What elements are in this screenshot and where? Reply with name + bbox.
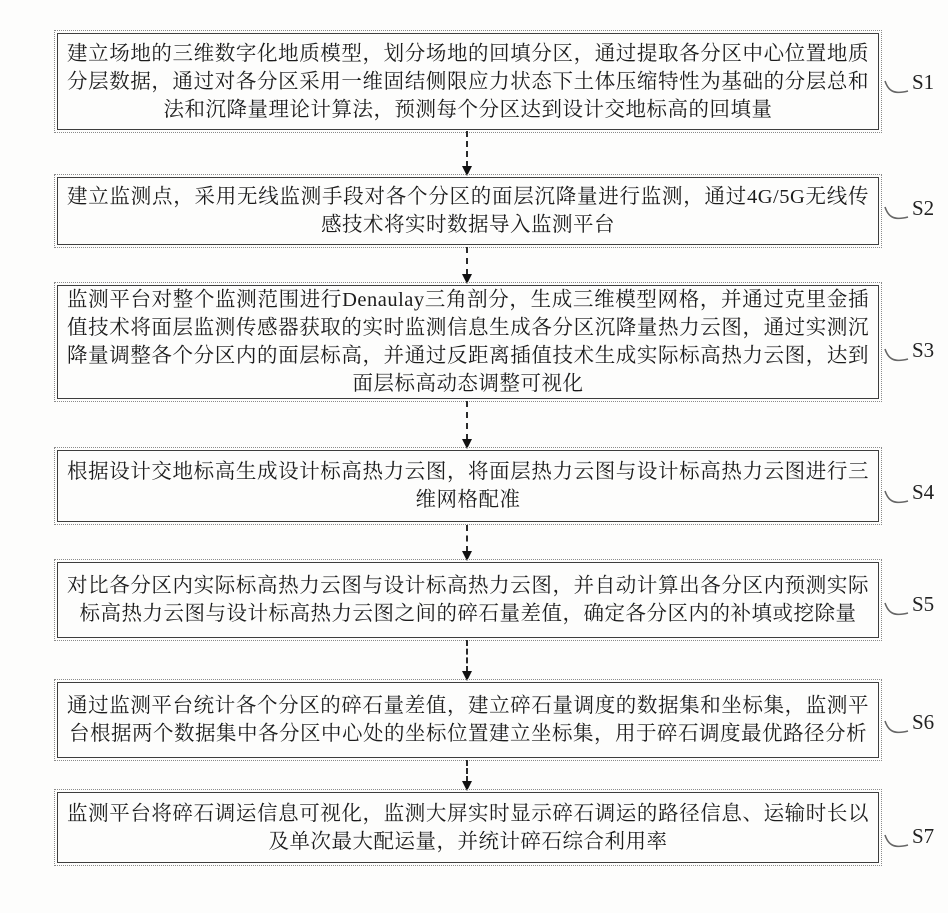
patent-flowchart-figure: 建立场地的三维数字化地质模型，划分场地的回填分区，通过提取各分区中心位置地质分层… — [0, 0, 948, 913]
step-label-s5: S5 — [884, 592, 934, 624]
flow-step-box-s7: 监测平台将碎石调运信息可视化，监测大屏实时显示碎石调运的路径信息、运输时长以及单… — [57, 792, 879, 863]
flow-step-box-s2: 建立监测点，采用无线监测手段对各个分区的面层沉降量进行监测，通过4G/5G无线传… — [57, 177, 879, 245]
step-label-s2: S2 — [884, 196, 934, 228]
flow-step-box-s4: 根据设计交地标高生成设计标高热力云图，将面层热力云图与设计标高热力云图进行三维网… — [57, 450, 879, 522]
step-label-s4: S4 — [884, 480, 934, 512]
step-label-text: S6 — [912, 710, 934, 734]
step-label-text: S4 — [912, 480, 934, 504]
flow-step-text-s5: 对比各分区内实际标高热力云图与设计标高热力云图，并自动计算出各分区内预测实际标高… — [67, 572, 869, 628]
flow-step-box-s6: 通过监测平台统计各个分区的碎石量差值，建立碎石量调度的数据集和坐标集，监测平台根… — [57, 682, 879, 758]
leader-squiggle-icon — [884, 602, 910, 624]
down-arrow-icon — [466, 525, 468, 552]
leader-squiggle-icon — [884, 490, 910, 512]
step-label-s1: S1 — [884, 70, 934, 102]
down-arrow-icon — [466, 640, 468, 672]
step-label-text: S7 — [912, 824, 934, 848]
step-label-text: S2 — [912, 196, 934, 220]
step-label-s3: S3 — [884, 338, 934, 370]
flow-step-text-s1: 建立场地的三维数字化地质模型，划分场地的回填分区，通过提取各分区中心位置地质分层… — [67, 40, 869, 124]
step-label-text: S1 — [912, 70, 934, 94]
flow-step-box-s1: 建立场地的三维数字化地质模型，划分场地的回填分区，通过提取各分区中心位置地质分层… — [57, 33, 879, 130]
down-arrow-icon — [466, 401, 468, 440]
down-arrow-icon — [466, 247, 468, 275]
down-arrow-icon — [466, 131, 468, 167]
flow-step-text-s2: 建立监测点，采用无线监测手段对各个分区的面层沉降量进行监测，通过4G/5G无线传… — [67, 183, 869, 239]
leader-squiggle-icon — [884, 80, 910, 102]
step-label-s7: S7 — [884, 824, 934, 856]
leader-squiggle-icon — [884, 834, 910, 856]
leader-squiggle-icon — [884, 206, 910, 228]
step-label-text: S3 — [912, 338, 934, 362]
flow-step-box-s3: 监测平台对整个监测范围进行Denaulay三角剖分，生成三维模型网格，并通过克里… — [57, 285, 879, 399]
down-arrow-icon — [466, 760, 468, 782]
leader-squiggle-icon — [884, 720, 910, 742]
leader-squiggle-icon — [884, 348, 910, 370]
step-label-s6: S6 — [884, 710, 934, 742]
flow-step-box-s5: 对比各分区内实际标高热力云图与设计标高热力云图，并自动计算出各分区内预测实际标高… — [57, 562, 879, 638]
flow-step-text-s7: 监测平台将碎石调运信息可视化，监测大屏实时显示碎石调运的路径信息、运输时长以及单… — [67, 800, 869, 856]
flow-step-text-s3: 监测平台对整个监测范围进行Denaulay三角剖分，生成三维模型网格，并通过克里… — [67, 286, 869, 398]
flow-step-text-s6: 通过监测平台统计各个分区的碎石量差值，建立碎石量调度的数据集和坐标集，监测平台根… — [67, 692, 869, 748]
flow-step-text-s4: 根据设计交地标高生成设计标高热力云图，将面层热力云图与设计标高热力云图进行三维网… — [67, 458, 869, 514]
step-label-text: S5 — [912, 592, 934, 616]
